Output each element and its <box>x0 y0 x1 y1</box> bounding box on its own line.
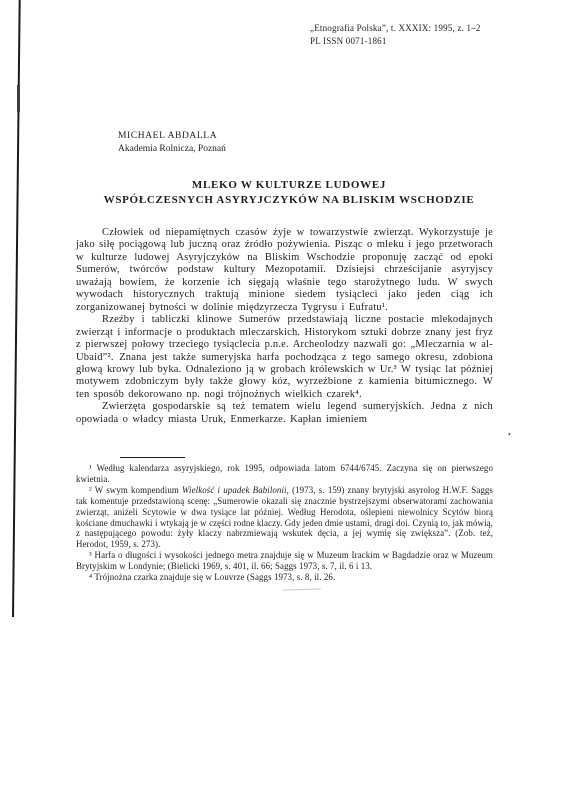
author-affiliation: Akademia Rolnicza, Poznań <box>118 143 226 156</box>
paragraph-1: Człowiek od niepamiętnych czasów żyje w … <box>76 227 493 314</box>
journal-citation: „Etnografia Polska”, t. XXXIX: 1995, z. … <box>310 22 481 35</box>
paragraph-2: Rzeźby i tabliczki klinowe Sumerów przed… <box>76 314 493 401</box>
article-title: MLEKO W KULTURZE LUDOWEJ WSPÓŁCZESNYCH A… <box>63 178 515 207</box>
scan-smudge-artifact <box>283 588 321 591</box>
footnote-2-text-pre: ² W swym kompendium <box>89 485 182 495</box>
footnote-divider <box>120 457 185 458</box>
journal-header: „Etnografia Polska”, t. XXXIX: 1995, z. … <box>310 22 481 48</box>
footnote-3: ³ Harfa o długości i wysokości jednego m… <box>76 550 493 572</box>
author-name: MICHAEL ABDALLA <box>118 130 226 143</box>
footnote-4: ⁴ Trójnożna czarka znajduje się w Louvrz… <box>76 572 493 583</box>
document-page: „Etnografia Polska”, t. XXXIX: 1995, z. … <box>0 0 566 800</box>
paragraph-3: Zwierzęta gospodarskie są też tematem wi… <box>76 401 493 426</box>
scan-edge-thick-artifact <box>17 85 20 112</box>
footnote-1: ¹ Według kalendarza asyryjskiego, rok 19… <box>76 463 493 485</box>
footnote-2-book-title: Wielkość i upadek Babilonii, <box>182 485 289 495</box>
title-line-1: MLEKO W KULTURZE LUDOWEJ <box>63 178 515 193</box>
footnote-2: ² W swym kompendium Wielkość i upadek Ba… <box>76 485 493 550</box>
footnotes-section: ¹ Według kalendarza asyryjskiego, rok 19… <box>76 463 493 583</box>
author-block: MICHAEL ABDALLA Akademia Rolnicza, Pozna… <box>118 130 226 156</box>
article-body: Człowiek od niepamiętnych czasów żyje w … <box>76 227 493 426</box>
title-line-2: WSPÓŁCZESNYCH ASYRYJCZYKÓW NA BLISKIM WS… <box>63 193 515 208</box>
stray-ink-dot: . <box>508 426 511 438</box>
journal-issn: PL ISSN 0071-1861 <box>310 35 481 48</box>
